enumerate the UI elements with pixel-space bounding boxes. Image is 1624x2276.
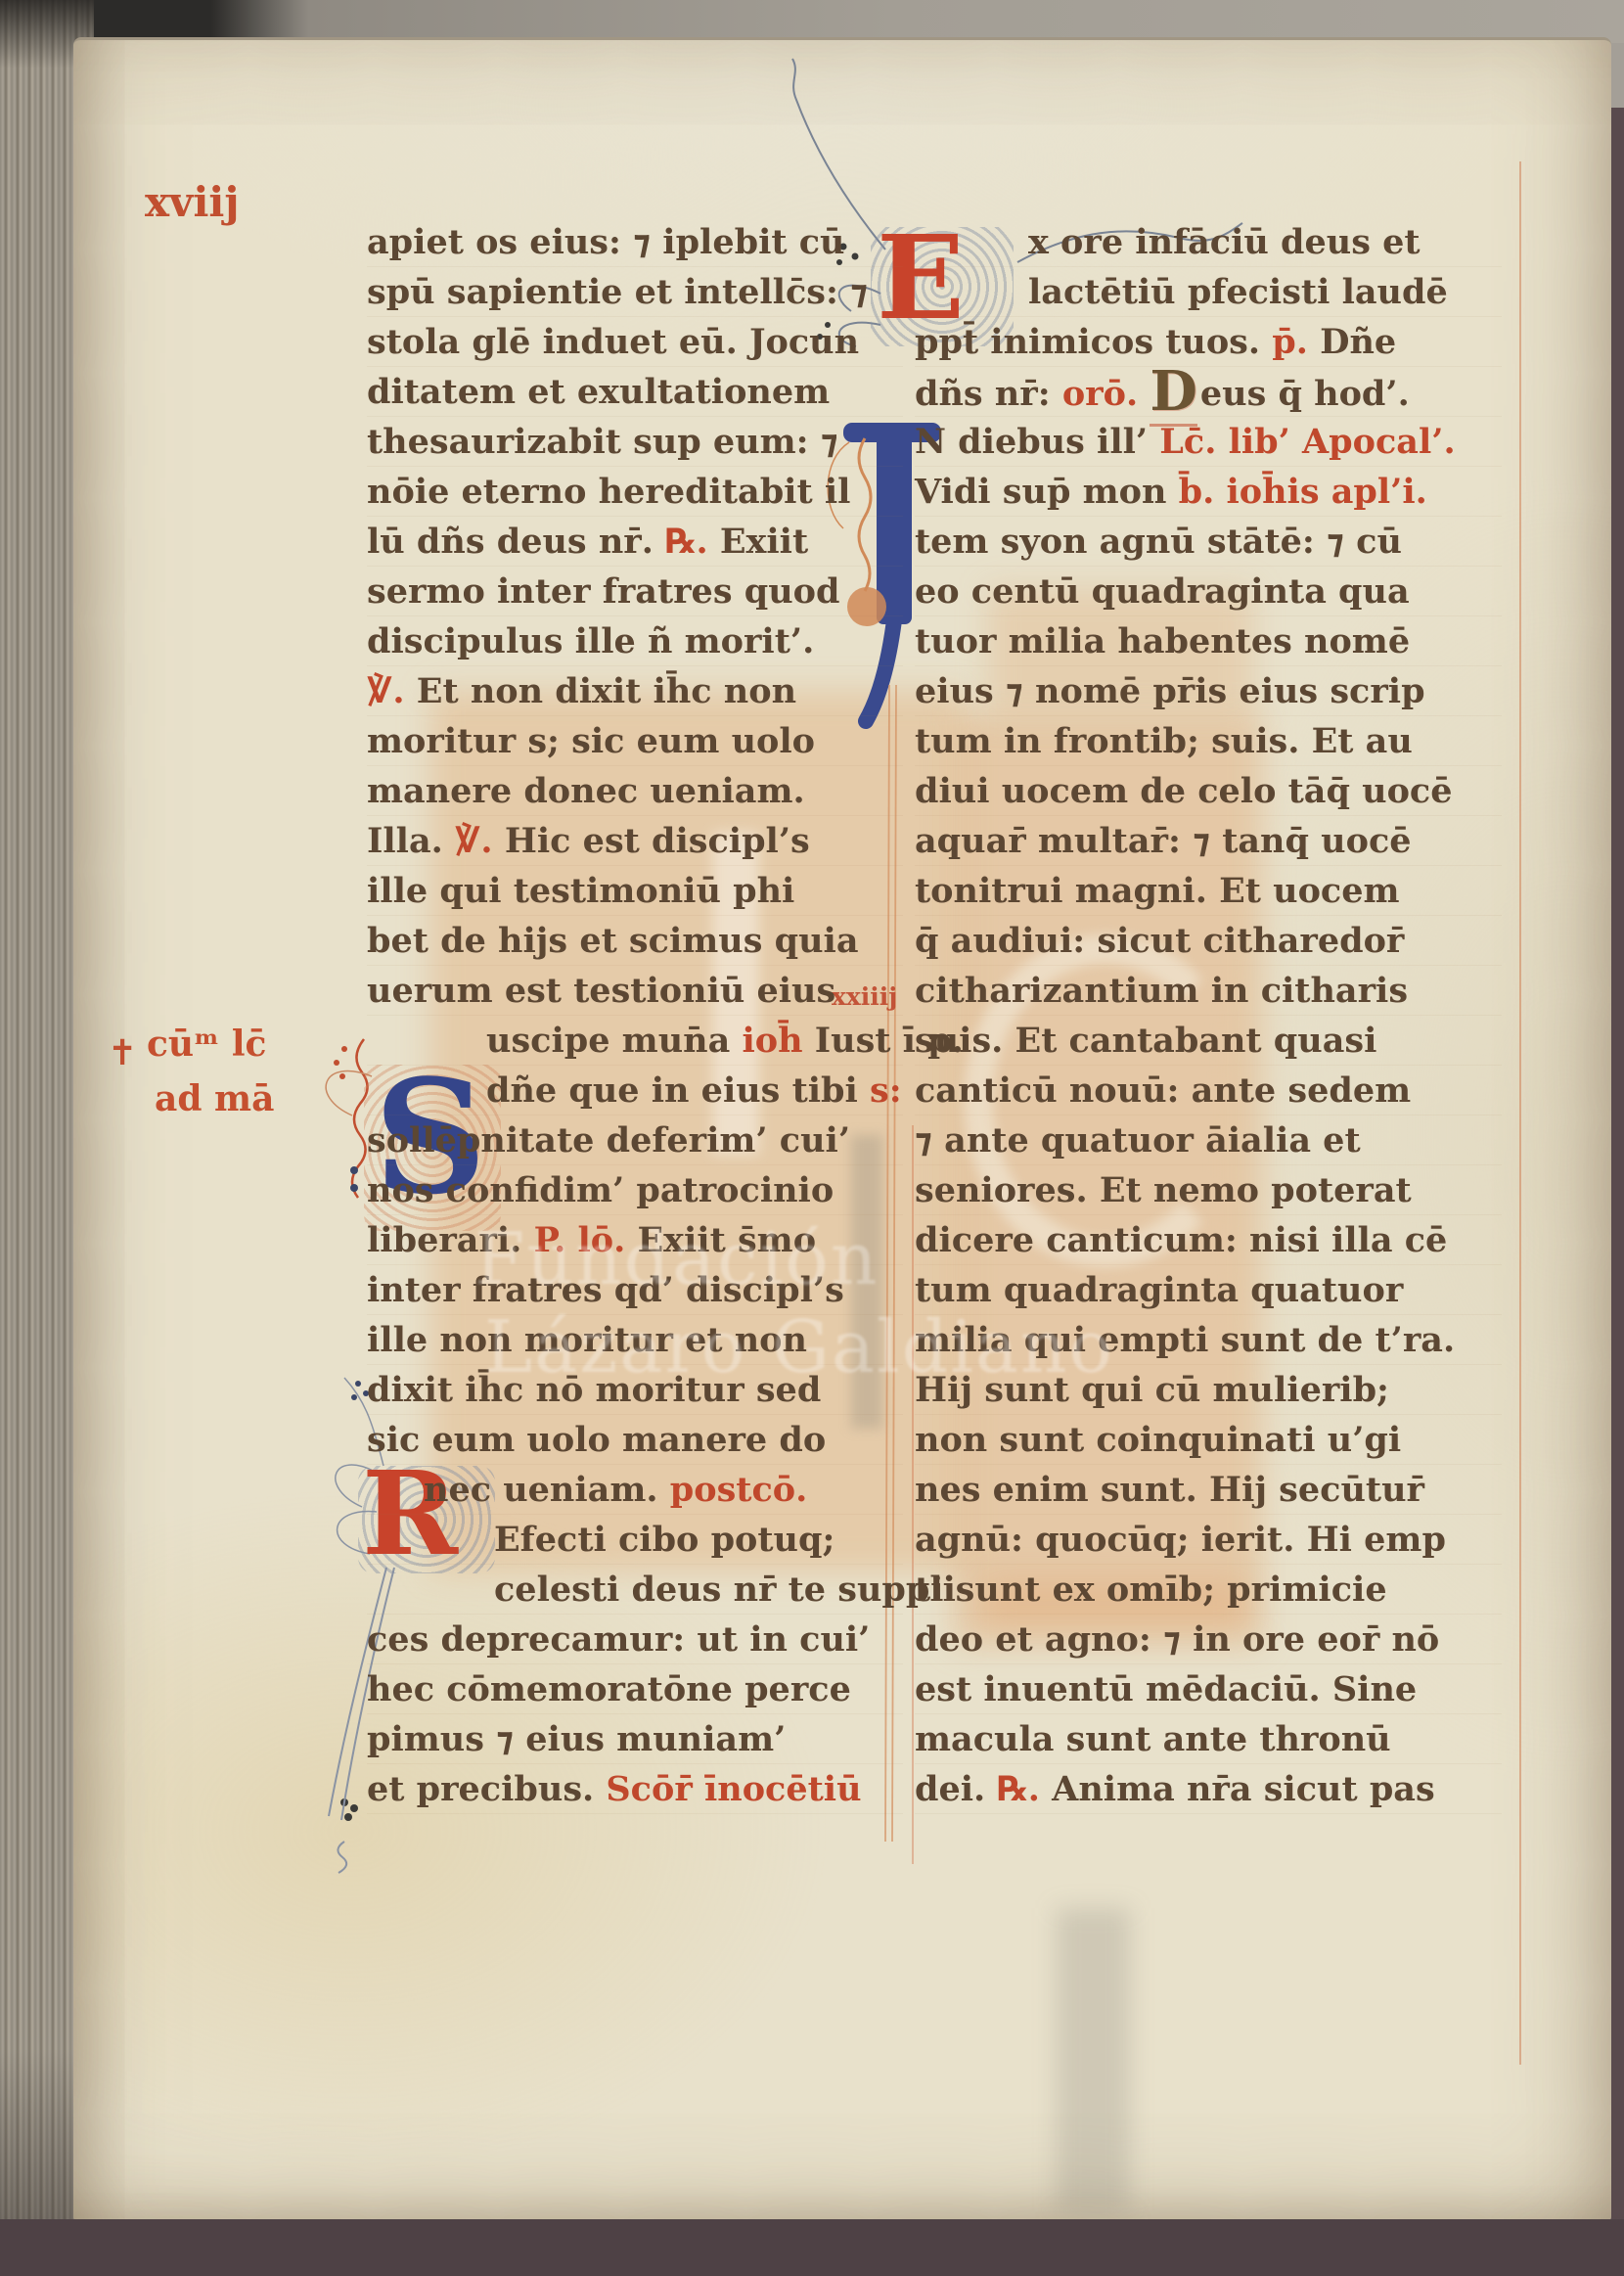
body-text: N diebus ill’ xyxy=(915,422,1159,462)
text-line: tum in frontib; suis. Et au xyxy=(915,716,1502,766)
text-line: eo centū quadraginta qua xyxy=(915,567,1502,616)
rubric-text: Scōr̄ īnocētiū xyxy=(606,1769,861,1809)
body-text: tuor milia habentes nomē xyxy=(915,621,1410,661)
text-line: lū dñs deus nr̄. ℞. Exiit xyxy=(367,517,903,567)
body-text: bet de hijs et scimus quia xyxy=(367,921,859,961)
body-text: thesaurizabit sup eum: ⁊ xyxy=(367,422,838,462)
body-text: canticū nouū: ante sedem xyxy=(915,1070,1411,1111)
library-watermark-line2: Lázaro Galdiano xyxy=(484,1305,1114,1389)
body-text: Hic est discipl’s xyxy=(505,821,810,861)
body-text: stola glē induet eū. Jocun xyxy=(367,322,859,362)
rubric-text: b̄. ioh̄is apl’i. xyxy=(1179,472,1427,512)
body-text: et precibus. xyxy=(367,1769,606,1809)
body-text: manere donec ueniam. xyxy=(367,771,805,811)
rubric-text: Lc̄. lib’ Apocal’. xyxy=(1159,422,1455,462)
body-text: spū sapientie et intellc̄s: ⁊ xyxy=(367,272,868,312)
folio-number: xviij xyxy=(145,178,240,226)
text-line: bet de hijs et scimus quia xyxy=(367,916,903,966)
body-text: apiet os eius: ⁊ iplebit cū xyxy=(367,222,844,262)
body-text: ppt̄ inimicos tuos. xyxy=(915,322,1272,362)
body-text: agnū: quocūq; ierit. Hi emp xyxy=(915,1520,1446,1560)
text-line: diui uocem de celo tāq̄ uocē xyxy=(915,766,1502,816)
text-line: citharizantium in citharis xyxy=(915,966,1502,1016)
text-line: discipulus ille ñ morit’. xyxy=(367,616,903,666)
text-line: sic eum uolo manere do xyxy=(367,1415,903,1465)
rubric-text: ℞. xyxy=(997,1769,1052,1809)
text-line: sermo inter fratres quod xyxy=(367,567,903,616)
text-line: manere donec ueniam. xyxy=(367,766,903,816)
photo-background-bottom xyxy=(0,2219,1624,2276)
body-text: dicere canticum: nisi illa cē xyxy=(915,1220,1447,1260)
text-line: stola glē induet eū. Jocun xyxy=(367,317,903,367)
body-text: aquar̄ multar̄: ⁊ tanq̄ uocē xyxy=(915,821,1412,861)
text-line: nes enim sunt. Hij secūtur̄ xyxy=(915,1465,1502,1515)
body-text: hec cōmemoratōne perce xyxy=(367,1669,851,1709)
text-line: dñs nr̄: orō. Deus q̄ hod’. xyxy=(915,367,1502,417)
body-text: Illa. xyxy=(367,821,455,861)
body-text: tum quadraginta quatuor xyxy=(915,1270,1403,1310)
body-text: suis. Et cantabant quasi xyxy=(915,1021,1376,1061)
body-text: ille qui testimoniū phi xyxy=(367,871,794,911)
text-line: eius ⁊ nomē pr̄is eius scrip xyxy=(915,666,1502,716)
margin-note-line1: cūᵐ lc̄ xyxy=(147,1024,266,1065)
body-text: sermo inter fratres quod xyxy=(367,571,839,612)
text-line: celesti deus nr̄ te suppli xyxy=(367,1565,903,1615)
body-text: citharizantium in citharis xyxy=(915,971,1408,1011)
text-line: lactētiū pfecisti laudē xyxy=(915,267,1502,317)
body-text: eius ⁊ nomē pr̄is eius scrip xyxy=(915,671,1425,711)
body-text: ditatem et exultationem xyxy=(367,372,830,412)
manuscript-photo: { "page": { "folio_number": "xviij", "ma… xyxy=(0,0,1624,2276)
text-line: nos confidim’ patrocinio xyxy=(367,1165,903,1215)
rubric-text: p̄. xyxy=(1272,322,1320,362)
body-text: tem syon agnū stātē: ⁊ cū xyxy=(915,522,1402,562)
text-line: Efecti cibo potuq; xyxy=(367,1515,903,1565)
body-text: uerum est testioniū eius xyxy=(367,971,835,1011)
text-line: nec ueniam. postcō. xyxy=(367,1465,903,1515)
text-line: seniores. Et nemo poterat xyxy=(915,1165,1502,1215)
text-line: thesaurizabit sup eum: ⁊ xyxy=(367,417,903,467)
text-line: dñe que in eius tibi s: xyxy=(367,1066,903,1115)
rubric-text: s: xyxy=(870,1070,902,1111)
text-line: uerum est testioniū eius xyxy=(367,966,903,1016)
rubric-text: postcō. xyxy=(670,1470,808,1510)
text-line: canticū nouū: ante sedem xyxy=(915,1066,1502,1115)
rubric-text: ℣. xyxy=(367,671,417,711)
text-line: ille qui testimoniū phi xyxy=(367,866,903,916)
text-line: est inuentū mēdaciū. Sine xyxy=(915,1664,1502,1714)
rubric-text: ℣. xyxy=(455,821,505,861)
text-line: sollēpnitate deferim’ cui’ xyxy=(367,1115,903,1165)
body-text: dei. xyxy=(915,1769,997,1809)
body-text: nec ueniam. xyxy=(424,1470,670,1510)
body-text: discipulus ille ñ morit’. xyxy=(367,621,814,661)
rubric-text: orō. xyxy=(1062,374,1150,414)
text-line: N diebus ill’ Lc̄. lib’ Apocal’. xyxy=(915,417,1502,467)
body-text: nes enim sunt. Hij secūtur̄ xyxy=(915,1470,1424,1510)
body-text: lū dñs deus nr̄. xyxy=(367,522,665,562)
text-line: tuor milia habentes nomē xyxy=(915,616,1502,666)
margin-note-line2: ad mā xyxy=(155,1078,274,1119)
text-line: ⁊ ante quatuor āialia et xyxy=(915,1115,1502,1165)
text-line: et precibus. Scōr̄ īnocētiū xyxy=(367,1764,903,1814)
right-text-column: x ore infāciū deus etlactētiū pfecisti l… xyxy=(915,217,1502,1814)
text-line: ℣. Et non dixit ih̄c non xyxy=(367,666,903,716)
text-line: apiet os eius: ⁊ iplebit cū xyxy=(367,217,903,267)
text-line: deo et agno: ⁊ in ore eor̄ nō xyxy=(915,1615,1502,1664)
text-line: moritur s; sic eum uolo xyxy=(367,716,903,766)
body-text: sollēpnitate deferim’ cui’ xyxy=(367,1120,850,1161)
text-line: ti sunt ex omīb; primicie xyxy=(915,1565,1502,1615)
text-line: non sunt coinquinati u’gi xyxy=(915,1415,1502,1465)
text-line: uscipe mun̄a ioh̄ Iust ī p. xyxy=(367,1016,903,1066)
body-text: uscipe mun̄a xyxy=(486,1021,742,1061)
body-text: non sunt coinquinati u’gi xyxy=(915,1420,1401,1460)
body-text: deo et agno: ⁊ in ore eor̄ nō xyxy=(915,1619,1439,1660)
body-text: ti sunt ex omīb; primicie xyxy=(915,1570,1387,1610)
text-line: aquar̄ multar̄: ⁊ tanq̄ uocē xyxy=(915,816,1502,866)
text-line: Vidi sup̄ mon b̄. ioh̄is apl’i. xyxy=(915,467,1502,517)
body-text: sic eum uolo manere do xyxy=(367,1420,826,1460)
body-text: q̄ audiui: sicut citharedor̄ xyxy=(915,921,1404,961)
body-text: dñe que in eius tibi xyxy=(486,1070,870,1111)
body-text: Et non dixit ih̄c non xyxy=(417,671,796,711)
library-watermark-line1: Fundación xyxy=(474,1217,879,1301)
text-line: dicere canticum: nisi illa cē xyxy=(915,1215,1502,1265)
text-line: hec cōmemoratōne perce xyxy=(367,1664,903,1714)
body-text: nos confidim’ patrocinio xyxy=(367,1170,834,1210)
text-line: dei. ℞. Anima nr̄a sicut pas xyxy=(915,1764,1502,1814)
body-text: pimus ⁊ eius muniam’ xyxy=(367,1719,786,1759)
text-line: q̄ audiui: sicut citharedor̄ xyxy=(915,916,1502,966)
left-text-column: apiet os eius: ⁊ iplebit cūspū sapientie… xyxy=(367,217,903,1814)
body-text: tum in frontib; suis. Et au xyxy=(915,721,1413,761)
text-line: agnū: quocūq; ierit. Hi emp xyxy=(915,1515,1502,1565)
body-text: eo centū quadraginta qua xyxy=(915,571,1410,612)
body-text: est inuentū mēdaciū. Sine xyxy=(915,1669,1417,1709)
text-line: nōie eterno hereditabit il xyxy=(367,467,903,517)
body-text: Vidi sup̄ mon xyxy=(915,472,1179,512)
text-line: tem syon agnū stātē: ⁊ cū xyxy=(915,517,1502,567)
rubric-text: ℞. xyxy=(665,522,720,562)
body-text: Exiit xyxy=(720,522,808,562)
body-text: Anima nr̄a sicut pas xyxy=(1052,1769,1435,1809)
body-text: dñs nr̄: xyxy=(915,374,1062,414)
text-line: spū sapientie et intellc̄s: ⁊ xyxy=(367,267,903,317)
text-line: Illa. ℣. Hic est discipl’s xyxy=(367,816,903,866)
body-text: diui uocem de celo tāq̄ uocē xyxy=(915,771,1453,811)
text-line: ditatem et exultationem xyxy=(367,367,903,417)
body-text: ⁊ ante quatuor āialia et xyxy=(915,1120,1361,1161)
body-text: Efecti cibo potuq; xyxy=(494,1520,835,1560)
margin-cross-mark: ✝ xyxy=(108,1033,137,1073)
body-text: x ore infāciū deus et xyxy=(1028,222,1421,262)
body-text: nōie eterno hereditabit il xyxy=(367,472,850,512)
text-line: x ore infāciū deus et xyxy=(915,217,1502,267)
rubric-text: ioh̄ xyxy=(742,1021,814,1061)
body-text: seniores. Et nemo poterat xyxy=(915,1170,1412,1210)
text-line: ces deprecamur: ut in cui’ xyxy=(367,1615,903,1664)
body-text: tonitrui magni. Et uocem xyxy=(915,871,1400,911)
text-line: suis. Et cantabant quasi xyxy=(915,1016,1502,1066)
body-text: macula sunt ante thronū xyxy=(915,1719,1391,1759)
body-text: Dñe xyxy=(1320,322,1396,362)
text-line: macula sunt ante thronū xyxy=(915,1714,1502,1764)
text-line: pimus ⁊ eius muniam’ xyxy=(367,1714,903,1764)
body-text: eus q̄ hod’. xyxy=(1200,374,1410,414)
body-text: celesti deus nr̄ te suppli xyxy=(494,1570,956,1610)
text-line: tonitrui magni. Et uocem xyxy=(915,866,1502,916)
body-text: ces deprecamur: ut in cui’ xyxy=(367,1619,870,1660)
body-text: lactētiū pfecisti laudē xyxy=(1028,272,1448,312)
text-line: ppt̄ inimicos tuos. p̄. Dñe xyxy=(915,317,1502,367)
body-text: moritur s; sic eum uolo xyxy=(367,721,815,761)
